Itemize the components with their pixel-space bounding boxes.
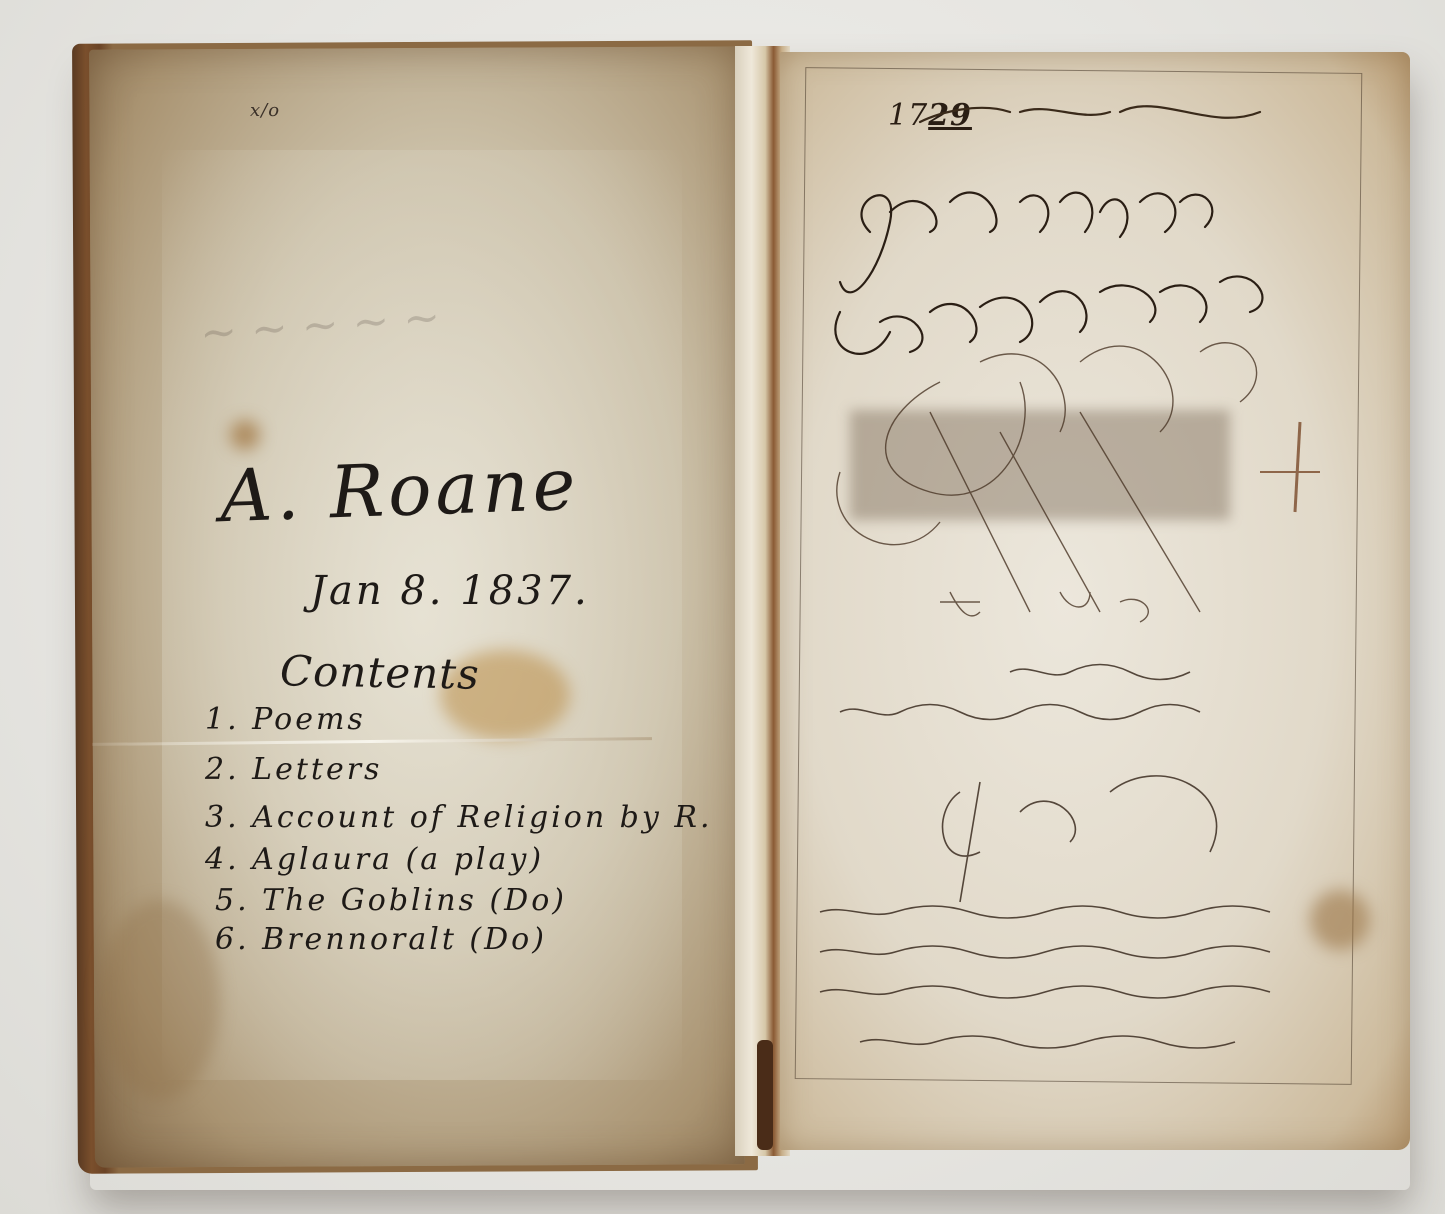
pen-trial-scribbles [780,52,1410,1150]
spine-tear [757,1040,773,1150]
stain [100,900,220,1100]
stain [230,420,260,450]
contents-heading: Contents [280,646,481,698]
contents-item: 3. Account of Religion by R. [205,800,713,835]
contents-item: 4. Aglaura (a play) [205,842,544,877]
owner-signature: A. Roane [219,442,581,538]
shelfmark: x/o [250,100,280,121]
inscription-date: Jan 8. 1837. [310,568,590,614]
contents-item: 1. Poems [205,702,366,737]
contents-item: 2. Letters [205,752,382,787]
contents-item: 6. Brennoralt (Do) [215,922,547,957]
contents-item: 5. The Goblins (Do) [215,883,567,918]
